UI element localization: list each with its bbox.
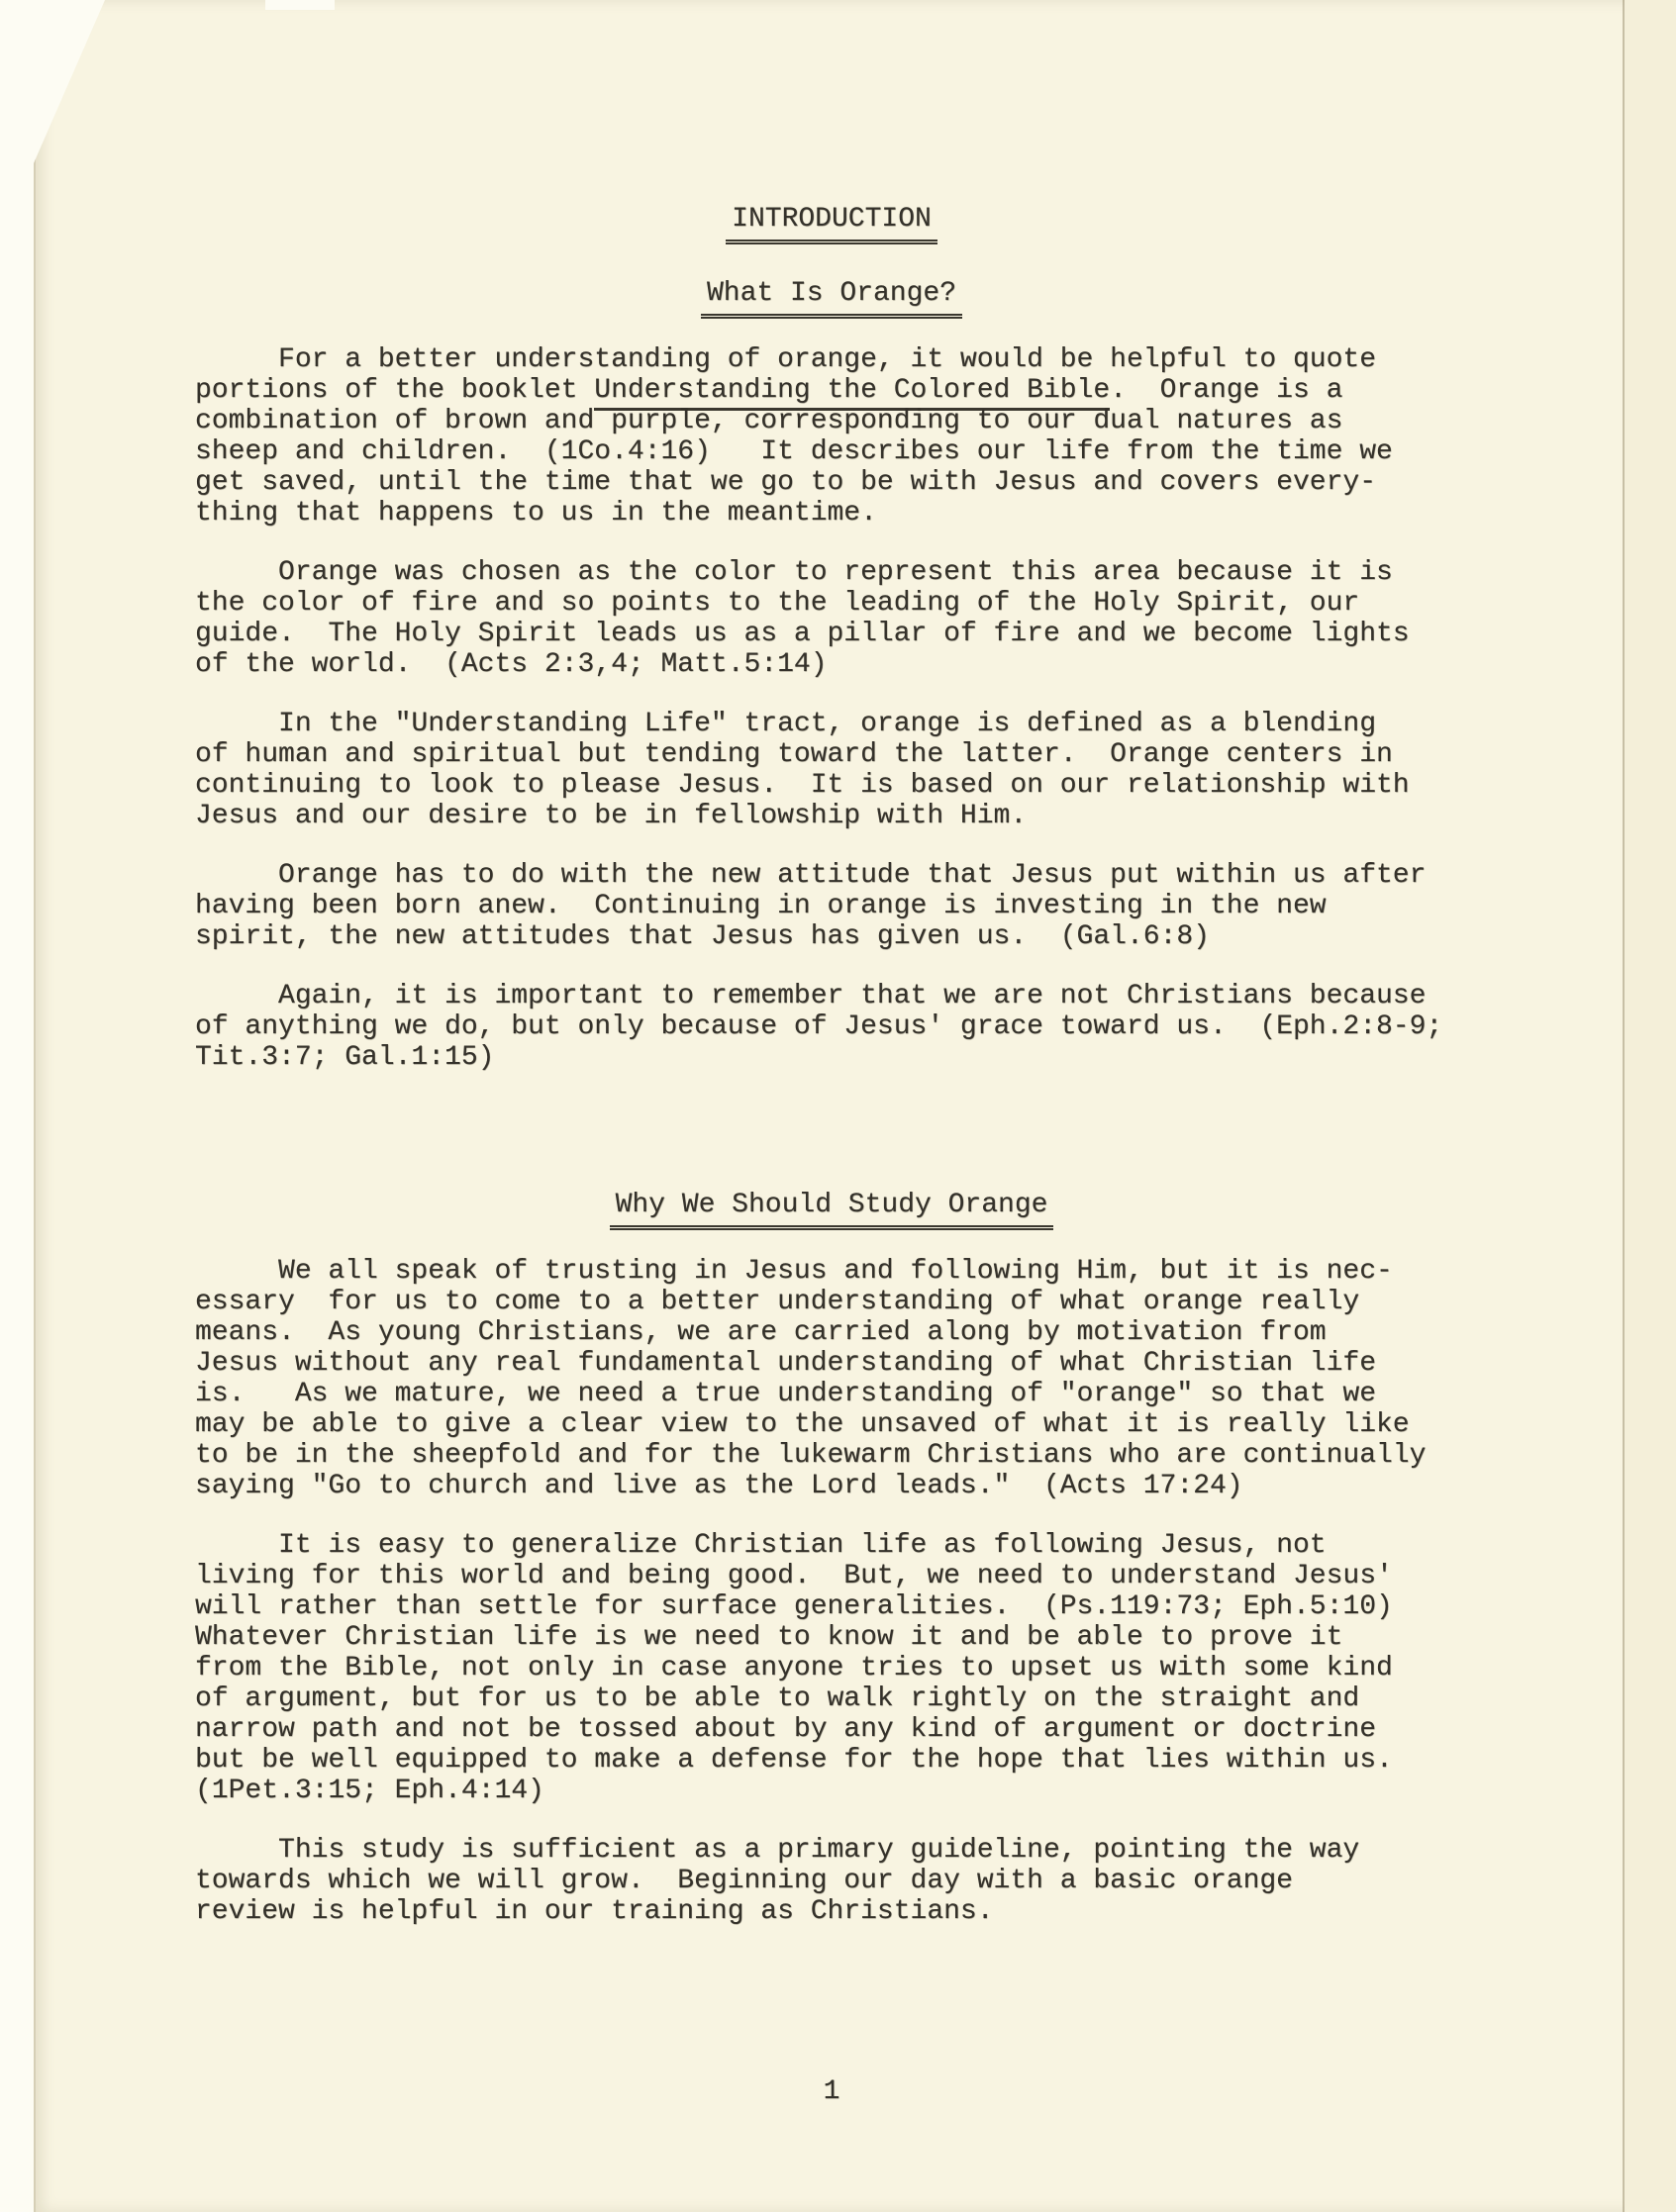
- text-line: This study is sufficient as a primary gu…: [195, 1835, 1468, 1866]
- document-title-row: INTRODUCTION: [195, 204, 1468, 244]
- paragraph: We all speak of trusting in Jesus and fo…: [195, 1256, 1468, 1501]
- document-body: What Is Orange? For a better understandi…: [195, 278, 1468, 1927]
- text-line: saying "Go to church and live as the Lor…: [195, 1471, 1468, 1501]
- text-line: (1Pet.3:15; Eph.4:14): [195, 1776, 1468, 1806]
- text-line: We all speak of trusting in Jesus and fo…: [195, 1256, 1468, 1287]
- text-line: continuing to look to please Jesus. It i…: [195, 770, 1468, 801]
- text-line: In the "Understanding Life" tract, orang…: [195, 709, 1468, 739]
- text-line: Jesus and our desire to be in fellowship…: [195, 801, 1468, 831]
- text-line: having been born anew. Continuing in ora…: [195, 891, 1468, 921]
- text-line: Whatever Christian life is we need to kn…: [195, 1622, 1468, 1653]
- text-line: guide. The Holy Spirit leads us as a pil…: [195, 619, 1468, 649]
- text-line: review is helpful in our training as Chr…: [195, 1896, 1468, 1927]
- text-line: thing that happens to us in the meantime…: [195, 498, 1468, 529]
- text-line: of argument, but for us to be able to wa…: [195, 1683, 1468, 1714]
- text-line: towards which we will grow. Beginning ou…: [195, 1866, 1468, 1896]
- paragraph: This study is sufficient as a primary gu…: [195, 1835, 1468, 1927]
- text-line: essary for us to come to a better unders…: [195, 1287, 1468, 1317]
- section-1: What Is Orange? For a better understandi…: [195, 278, 1468, 1073]
- paragraph: For a better understanding of orange, it…: [195, 344, 1468, 529]
- text-line: may be able to give a clear view to the …: [195, 1409, 1468, 1440]
- text-line: Again, it is important to remember that …: [195, 981, 1468, 1011]
- section-heading: Why We Should Study Orange: [610, 1190, 1054, 1230]
- text-line: It is easy to generalize Christian life …: [195, 1530, 1468, 1561]
- text-line: of human and spiritual but tending towar…: [195, 739, 1468, 770]
- document-title: INTRODUCTION: [726, 204, 937, 244]
- page-number: 1: [195, 2076, 1468, 2107]
- text-line: Orange has to do with the new attitude t…: [195, 860, 1468, 891]
- page-top-notch: [265, 0, 335, 10]
- section-heading-row: Why We Should Study Orange: [195, 1190, 1468, 1230]
- paragraph: In the "Understanding Life" tract, orang…: [195, 709, 1468, 831]
- text-line: will rather than settle for surface gene…: [195, 1591, 1468, 1622]
- section-heading: What Is Orange?: [701, 278, 962, 319]
- text-line: living for this world and being good. Bu…: [195, 1561, 1468, 1591]
- text-line: spirit, the new attitudes that Jesus has…: [195, 921, 1468, 952]
- text-line: of anything we do, but only because of J…: [195, 1011, 1468, 1042]
- text-line: sheep and children. (1Co.4:16) It descri…: [195, 436, 1468, 467]
- text-line: of the world. (Acts 2:3,4; Matt.5:14): [195, 649, 1468, 680]
- page-crease: [1623, 0, 1625, 2212]
- text-line: is. As we mature, we need a true underst…: [195, 1379, 1468, 1409]
- text-line: the color of fire and so points to the l…: [195, 588, 1468, 619]
- paragraph: Again, it is important to remember that …: [195, 981, 1468, 1073]
- text-line: get saved, until the time that we go to …: [195, 467, 1468, 498]
- paragraph: It is easy to generalize Christian life …: [195, 1530, 1468, 1806]
- text-line: Tit.3:7; Gal.1:15): [195, 1042, 1468, 1073]
- text-line: For a better understanding of orange, it…: [195, 344, 1468, 375]
- text-line: means. As young Christians, we are carri…: [195, 1317, 1468, 1348]
- text-line: Jesus without any real fundamental under…: [195, 1348, 1468, 1379]
- section-2: Why We Should Study Orange We all speak …: [195, 1190, 1468, 1927]
- text-line: to be in the sheepfold and for the lukew…: [195, 1440, 1468, 1471]
- text-line: from the Bible, not only in case anyone …: [195, 1653, 1468, 1683]
- paragraph: Orange was chosen as the color to repres…: [195, 557, 1468, 680]
- text-line: but be well equipped to make a defense f…: [195, 1745, 1468, 1776]
- text-line: combination of brown and purple, corresp…: [195, 406, 1468, 436]
- section-heading-row: What Is Orange?: [195, 278, 1468, 319]
- page-corner-fold: [34, 0, 105, 163]
- document-content: INTRODUCTION What Is Orange? For a bette…: [195, 204, 1468, 1956]
- page-right-edge-band: [1625, 0, 1676, 2212]
- text-line: portions of the booklet Understanding th…: [195, 375, 1468, 406]
- text-line: Orange was chosen as the color to repres…: [195, 557, 1468, 588]
- paragraph: Orange has to do with the new attitude t…: [195, 860, 1468, 952]
- text-line: narrow path and not be tossed about by a…: [195, 1714, 1468, 1745]
